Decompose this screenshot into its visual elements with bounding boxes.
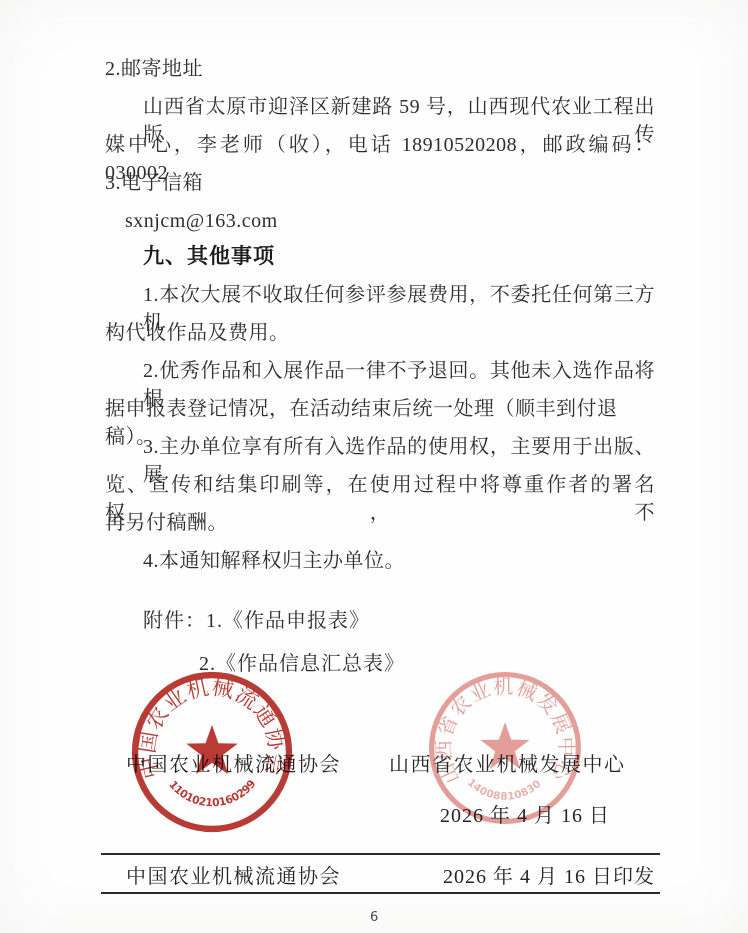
seal-star-icon	[186, 725, 238, 774]
footer-print-date: 2026 年 4 月 16 日印发	[105, 860, 655, 889]
seal-star-icon	[480, 722, 529, 769]
signature-date: 2026 年 4 月 16 日	[440, 799, 610, 828]
attachment-line-1: 附件：1.《作品申报表》	[143, 607, 370, 635]
email-address: sxnjcm@163.com	[125, 207, 675, 235]
footer-bottom-rule	[101, 892, 660, 894]
footer-top-rule	[101, 853, 660, 855]
item1-line2: 构代收作品及费用。	[105, 319, 655, 347]
section-heading: 九、其他事项	[143, 243, 693, 271]
item4-line: 4.本通知解释权归主办单位。	[143, 547, 693, 575]
official-seal-left: 中国农业机械流通协会 11010210160299	[126, 666, 298, 838]
mailing-label: 2.邮寄地址	[105, 55, 655, 83]
item3-line3: 再另付稿酬。	[105, 509, 655, 537]
svg-text:11010210160299: 11010210160299	[166, 777, 258, 809]
seal-number-text: 11010210160299	[166, 777, 258, 809]
email-label: 3.电子信箱	[105, 169, 655, 197]
document-page: 2.邮寄地址 山西省太原市迎泽区新建路 59 号，山西现代农业工程出版传 媒中心…	[0, 0, 748, 933]
page-number: 6	[370, 910, 378, 925]
